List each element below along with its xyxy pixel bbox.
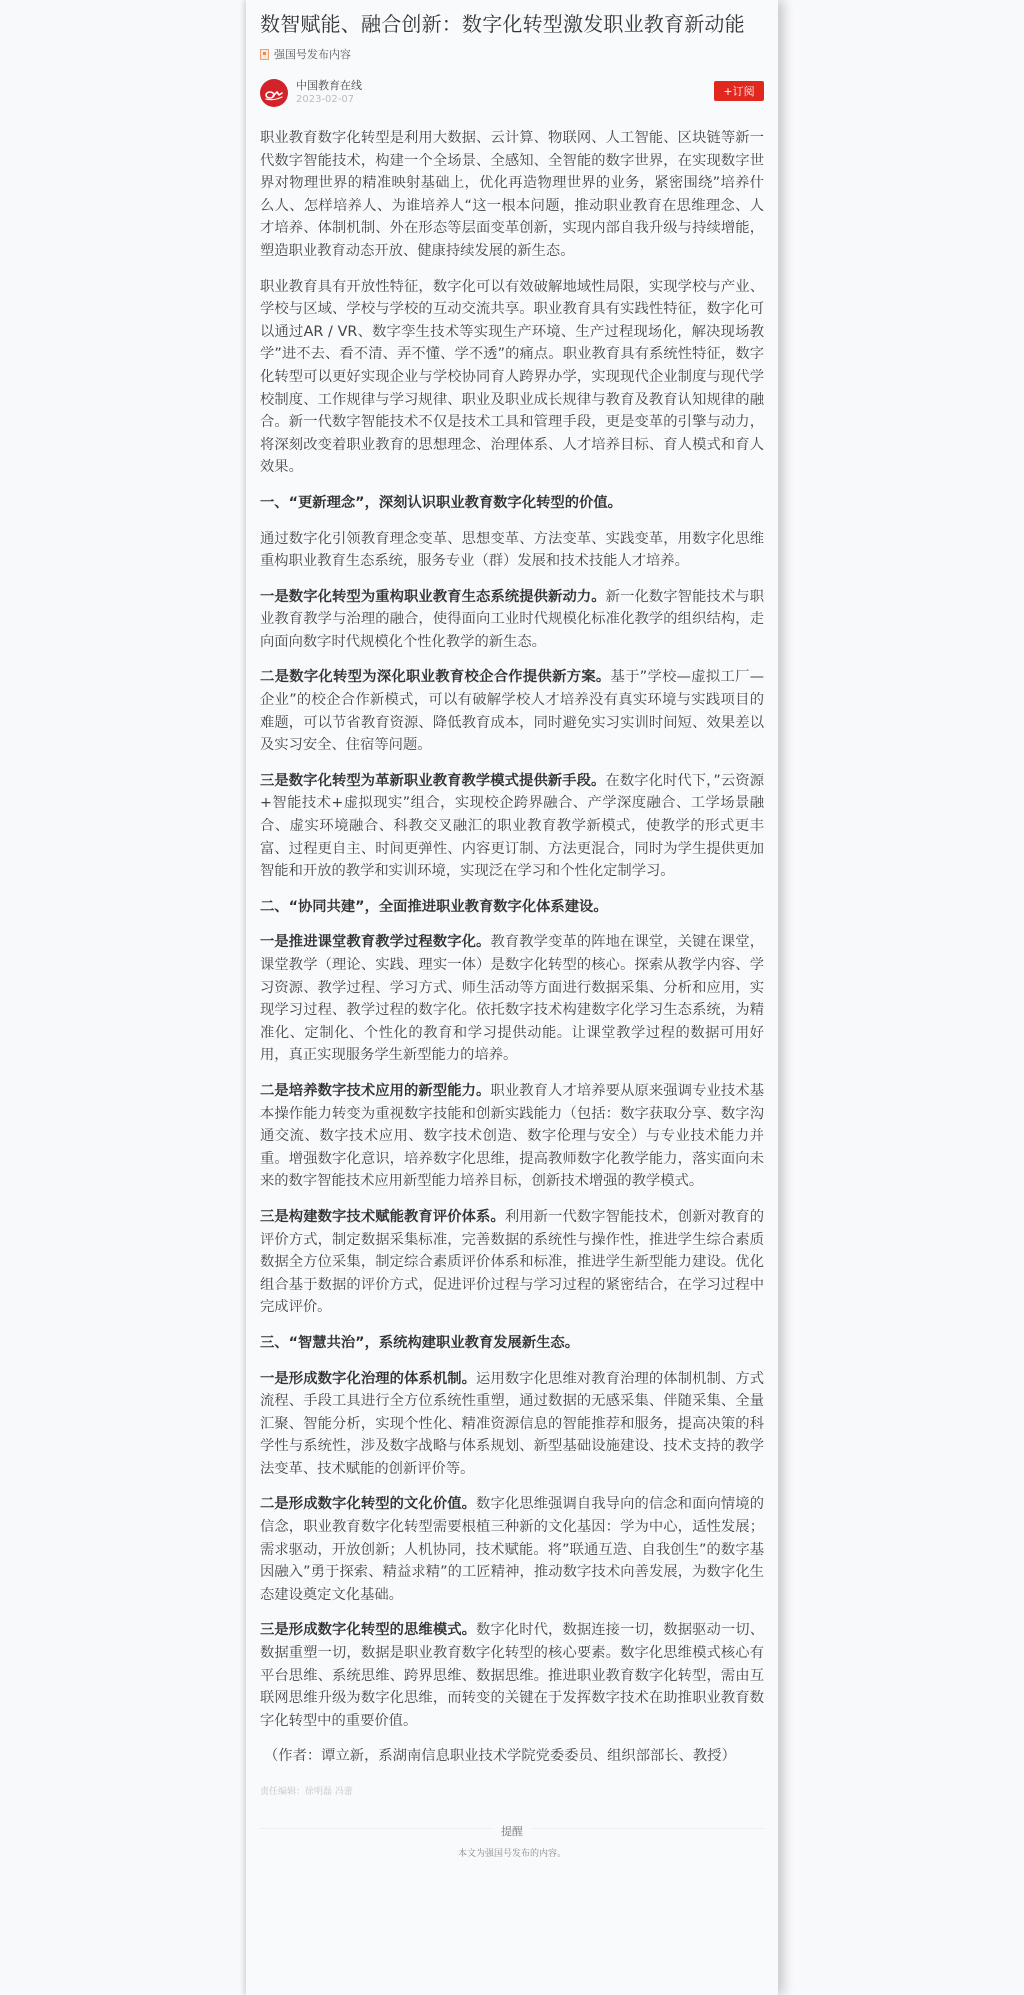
document-icon	[260, 49, 269, 60]
article-paragraph: 三是形成数字化转型的思维模式。数字化时代，数据连接一切，数据驱动一切、数据重塑一…	[260, 1619, 764, 1732]
paragraph-text: 教育教学变革的阵地在课堂，关键在课堂，课堂教学（理论、实践、理实一体）是数字化转…	[260, 934, 764, 1063]
paragraph-lead: 一是形成数字化治理的体系机制。	[260, 1371, 476, 1387]
article-paragraph: 二是培养数字技术应用的新型能力。职业教育人才培养要从原来强调专业技术基本操作能力…	[260, 1080, 764, 1193]
article-paragraph: 三是构建数字技术赋能教育评价体系。利用新一代数字智能技术，创新对教育的评价方式，…	[260, 1206, 764, 1319]
author-note: （作者：谭立新，系湖南信息职业技术学院党委委员、组织部部长、教授）	[264, 1745, 764, 1768]
article-paragraph: 一是数字化转型为重构职业教育生态系统提供新动力。新一化数字智能技术与职业教育教学…	[260, 586, 764, 654]
notice-section: 提醒 本文为强国号发布的内容。	[260, 1820, 764, 1860]
publish-date: 2023-02-07	[296, 93, 362, 107]
article-paragraph: 三是数字化转型为革新职业教育教学模式提供新手段。在数字化时代下，”云资源+智能技…	[260, 770, 764, 883]
article-paragraph: 一是形成数字化治理的体系机制。运用数字化思维对教育治理的体制机制、方式流程、手段…	[260, 1368, 764, 1481]
source-label: 强国号发布内容	[274, 46, 351, 62]
editor-line: 责任编辑：徐明磊 冯蕾	[260, 1786, 764, 1798]
avatar[interactable]	[260, 79, 288, 107]
source-line: 强国号发布内容	[260, 46, 764, 62]
article-card: 数智赋能、融合创新：数字化转型激发职业教育新动能 强国号发布内容 中国教育在线 …	[246, 0, 778, 1995]
paragraph-lead: 一是数字化转型为重构职业教育生态系统提供新动力。	[260, 589, 606, 605]
article-paragraph: 二是形成数字化转型的文化价值。数字化思维强调自我导向的信念和面向情境的信念，职业…	[260, 1493, 764, 1606]
article-paragraph: 二是数字化转型为深化职业教育校企合作提供新方案。基于”学校—虚拟工厂—企业”的校…	[260, 666, 764, 756]
author-name[interactable]: 中国教育在线	[296, 79, 362, 93]
publisher-logo-icon	[263, 82, 285, 104]
paragraph-lead: 二是形成数字化转型的文化价值。	[260, 1496, 476, 1512]
section-heading: 二、“协同共建”，全面推进职业教育数字化体系建设。	[260, 896, 764, 919]
section-heading: 三、“智慧共治”，系统构建职业教育发展新生态。	[260, 1332, 764, 1355]
article-inner: 数智赋能、融合创新：数字化转型激发职业教育新动能 强国号发布内容 中国教育在线 …	[246, 0, 778, 1860]
article-paragraph: 职业教育数字化转型是利用大数据、云计算、物联网、人工智能、区块链等新一代数字智能…	[260, 127, 764, 263]
author-row: 中国教育在线 2023-02-07 +订阅	[260, 77, 764, 109]
section-heading: 一、“更新理念”，深刻认识职业教育数字化转型的价值。	[260, 492, 764, 515]
article-paragraph: 一是推进课堂教育教学过程数字化。教育教学变革的阵地在课堂，关键在课堂，课堂教学（…	[260, 931, 764, 1067]
article-paragraph: 职业教育具有开放性特征，数字化可以有效破解地域性局限，实现学校与产业、学校与区域…	[260, 276, 764, 479]
notice-title: 提醒	[493, 1824, 531, 1840]
paragraph-lead: 一是推进课堂教育教学过程数字化。	[260, 934, 490, 950]
paragraph-lead: 三是形成数字化转型的思维模式。	[260, 1622, 476, 1638]
paragraph-lead: 三是构建数字技术赋能教育评价体系。	[260, 1209, 505, 1225]
paragraph-lead: 二是培养数字技术应用的新型能力。	[260, 1083, 490, 1099]
notice-text: 本文为强国号发布的内容。	[260, 1848, 764, 1860]
subscribe-button[interactable]: +订阅	[714, 81, 764, 101]
paragraph-lead: 二是数字化转型为深化职业教育校企合作提供新方案。	[260, 669, 611, 685]
paragraph-lead: 三是数字化转型为革新职业教育教学模式提供新手段。	[260, 773, 605, 789]
author-meta: 中国教育在线 2023-02-07	[296, 79, 362, 107]
article-paragraph: 通过数字化引领教育理念变革、思想变革、方法变革、实践变革，用数字化思维重构职业教…	[260, 528, 764, 573]
article-title: 数智赋能、融合创新：数字化转型激发职业教育新动能	[260, 0, 764, 37]
article-body: 职业教育数字化转型是利用大数据、云计算、物联网、人工智能、区块链等新一代数字智能…	[260, 127, 764, 1732]
